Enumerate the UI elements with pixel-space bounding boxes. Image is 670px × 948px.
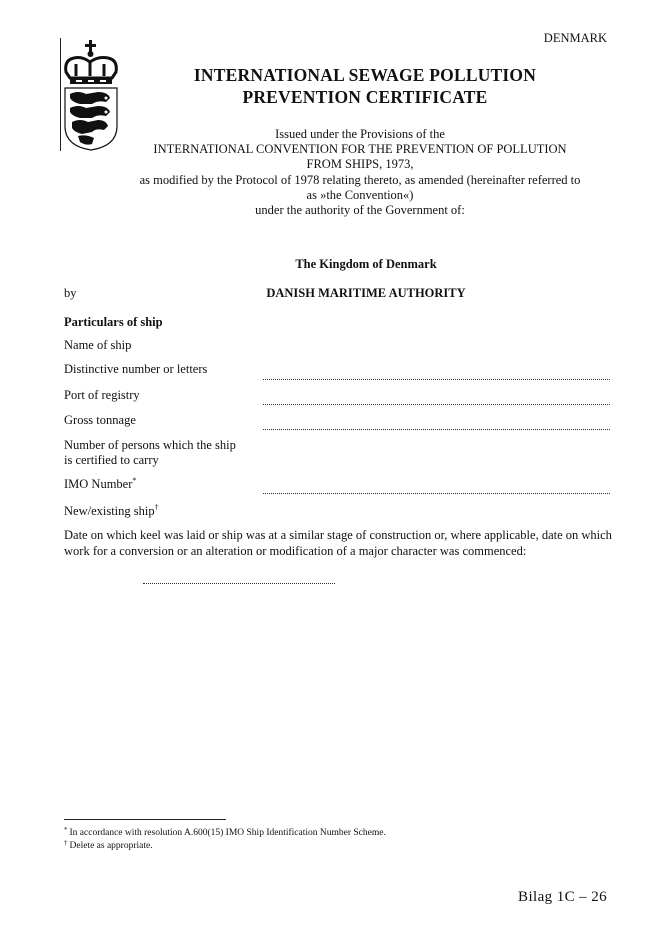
footnote-marker: † <box>64 839 68 847</box>
keel-date-field[interactable] <box>143 583 335 584</box>
intro-line: Issued under the Provisions of the <box>110 127 610 142</box>
gross-tonnage-field[interactable] <box>263 429 610 430</box>
country-label: DENMARK <box>544 31 607 46</box>
label-text: New/existing ship <box>64 504 155 518</box>
label-text: IMO Number <box>64 477 132 491</box>
intro-line: INTERNATIONAL CONVENTION FOR THE PREVENT… <box>110 142 610 157</box>
distinctive-number-field[interactable] <box>263 379 610 380</box>
certificate-title: INTERNATIONAL SEWAGE POLLUTION PREVENTIO… <box>140 64 590 108</box>
footnote-separator <box>64 819 226 820</box>
keel-date-label: Date on which keel was laid or ship was … <box>64 528 624 560</box>
title-line-1: INTERNATIONAL SEWAGE POLLUTION <box>140 64 590 86</box>
field-label-new-existing-ship: New/existing ship† <box>64 504 159 519</box>
intro-line: as modified by the Protocol of 1978 rela… <box>110 173 610 188</box>
intro-line: under the authority of the Government of… <box>110 203 610 218</box>
label-line: is certified to carry <box>64 453 264 468</box>
issuing-authority: DANISH MARITIME AUTHORITY <box>0 286 670 301</box>
footnote-ref: * <box>132 476 136 485</box>
field-label-persons-certified: Number of persons which the ship is cert… <box>64 438 264 468</box>
field-label-port-of-registry: Port of registry <box>64 388 140 403</box>
imo-number-field[interactable] <box>263 493 610 494</box>
field-label-name-of-ship: Name of ship <box>64 338 131 353</box>
footnote-marker: * <box>64 826 68 834</box>
footnote-text: In accordance with resolution A.600(15) … <box>70 828 386 838</box>
footnote-ref: † <box>155 503 159 512</box>
particulars-heading: Particulars of ship <box>64 315 163 330</box>
page-number: Bilag 1C – 26 <box>518 889 607 906</box>
label-line: Number of persons which the ship <box>64 438 264 453</box>
issuance-statement: Issued under the Provisions of the INTER… <box>110 127 610 218</box>
intro-line: FROM SHIPS, 1973, <box>110 157 610 172</box>
intro-line: as »the Convention«) <box>110 188 610 203</box>
field-label-distinctive-number: Distinctive number or letters <box>64 362 207 377</box>
footnote: †Delete as appropriate. <box>64 839 153 851</box>
footnote-text: Delete as appropriate. <box>70 841 153 851</box>
footnote: *In accordance with resolution A.600(15)… <box>64 826 386 838</box>
field-label-gross-tonnage: Gross tonnage <box>64 413 136 428</box>
government-name: The Kingdom of Denmark <box>0 257 670 272</box>
port-of-registry-field[interactable] <box>263 404 610 405</box>
field-label-imo-number: IMO Number* <box>64 477 136 492</box>
title-line-2: PREVENTION CERTIFICATE <box>140 86 590 108</box>
emblem-rule <box>60 38 61 151</box>
